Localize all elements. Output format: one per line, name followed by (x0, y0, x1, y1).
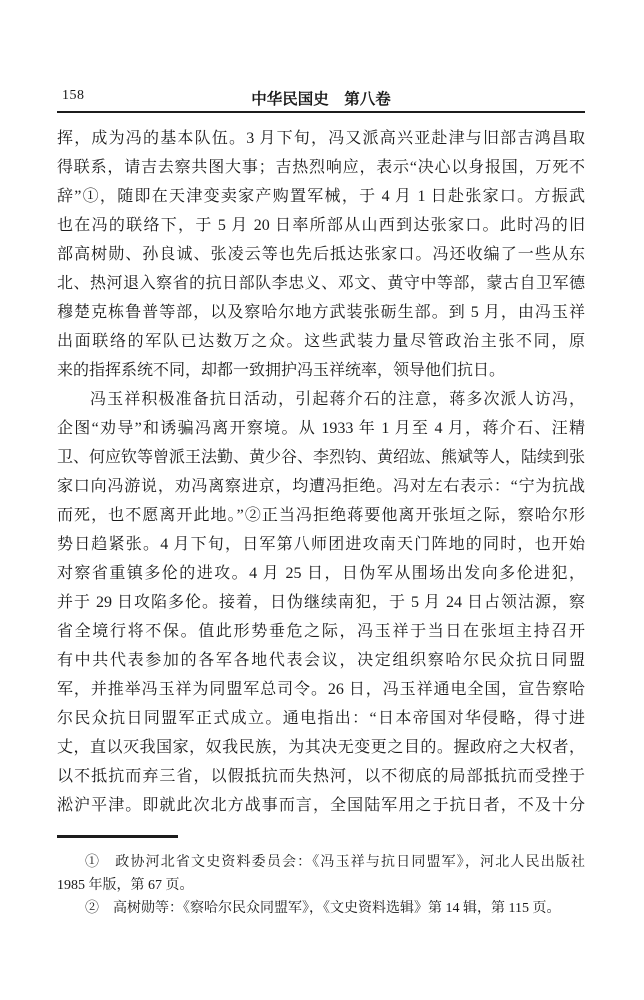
book-page: 158 中华民国史 第八卷 挥，成为冯的基本队伍。3 月下旬，冯又派高兴亚赴津与… (0, 0, 644, 1000)
footnote-line: ② 高树勋等：《察哈尔民众同盟军》，《文史资料选辑》第 14 辑，第 115 页… (57, 897, 585, 920)
body-line: 也在冯的联络下，于 5 月 20 日率所部从山西到达张家口。此时冯的旧 (57, 211, 585, 240)
body-line: 穆楚克栋鲁普等部，以及察哈尔地方武装张砺生部。到 5 月，由冯玉祥 (57, 298, 585, 327)
body-line: 辞”①，随即在天津变卖家产购置军械，于 4 月 1 日赴张家口。方振武 (57, 182, 585, 211)
body-line: 企图“劝导”和诱骗冯离开察境。从 1933 年 1 月至 4 月，蒋介石、汪精 (57, 414, 585, 443)
page-header: 158 中华民国史 第八卷 (57, 87, 585, 105)
body-line: 出面联络的军队已达数万之众。这些武装力量尽管政治主张不同，原 (57, 327, 585, 356)
body-text: 挥，成为冯的基本队伍。3 月下旬，冯又派高兴亚赴津与旧部吉鸿昌取 得联系，请吉去… (57, 124, 585, 820)
body-line: 丈，直以灭我国家，奴我民族，为其决无变更之目的。握政府之大权者， (57, 733, 585, 762)
footnote-line: ① 政协河北省文史资料委员会：《冯玉祥与抗日同盟军》，河北人民出版社 (57, 851, 585, 874)
body-line: 淞沪平津。即就此次北方战事而言，全国陆军用之于抗日者，不及十分 (57, 791, 585, 820)
footnote-separator (57, 835, 178, 838)
running-title: 中华民国史 第八卷 (57, 87, 585, 109)
body-line: 并于 29 日攻陷多伦。接着，日伪继续南犯，于 5 月 24 日占领沽源，察 (57, 588, 585, 617)
body-line: 北、热河退入察省的抗日部队李忠义、邓文、黄守中等部，蒙古自卫军德 (57, 269, 585, 298)
body-line: 军，并推举冯玉祥为同盟军总司令。26 日，冯玉祥通电全国，宣告察哈 (57, 675, 585, 704)
body-line: 而死，也不愿离开此地。”②正当冯拒绝蒋要他离开张垣之际，察哈尔形 (57, 501, 585, 530)
body-line: 尔民众抗日同盟军正式成立。通电指出：“日本帝国对华侵略，得寸进 (57, 704, 585, 733)
body-line: 势日趋紧张。4 月下旬，日军第八师团进攻南天门阵地的同时，也开始 (57, 530, 585, 559)
body-line: 部高树勋、孙良诚、张凌云等也先后抵达张家口。冯还收编了一些从东 (57, 240, 585, 269)
body-line-paragraph-start: 冯玉祥积极准备抗日活动，引起蒋介石的注意，蒋多次派人访冯， (57, 385, 585, 414)
body-line-paragraph-end: 来的指挥系统不同，却都一致拥护冯玉祥统率，领导他们抗日。 (57, 356, 585, 385)
body-line: 得联系，请吉去察共图大事；吉热烈响应，表示“决心以身报国，万死不 (57, 153, 585, 182)
body-line: 家口向冯游说，劝冯离察进京，均遭冯拒绝。冯对左右表示：“宁为抗战 (57, 472, 585, 501)
body-line: 以不抵抗而弃三省，以假抵抗而失热河，以不彻底的局部抵抗而受挫于 (57, 762, 585, 791)
footnotes: ① 政协河北省文史资料委员会：《冯玉祥与抗日同盟军》，河北人民出版社 1985 … (57, 851, 585, 920)
body-line: 卫、何应钦等曾派王法勤、黄少谷、李烈钧、黄绍竑、熊斌等人，陆续到张 (57, 443, 585, 472)
body-line: 有中共代表参加的各军各地代表会议，决定组织察哈尔民众抗日同盟 (57, 646, 585, 675)
body-line: 挥，成为冯的基本队伍。3 月下旬，冯又派高兴亚赴津与旧部吉鸿昌取 (57, 124, 585, 153)
body-line: 对察省重镇多伦的进攻。4 月 25 日，日伪军从围场出发向多伦进犯， (57, 559, 585, 588)
footnote-line: 1985 年版，第 67 页。 (57, 874, 585, 897)
body-line: 省全境行将不保。值此形势垂危之际，冯玉祥于当日在张垣主持召开 (57, 617, 585, 646)
header-rule (57, 111, 585, 113)
